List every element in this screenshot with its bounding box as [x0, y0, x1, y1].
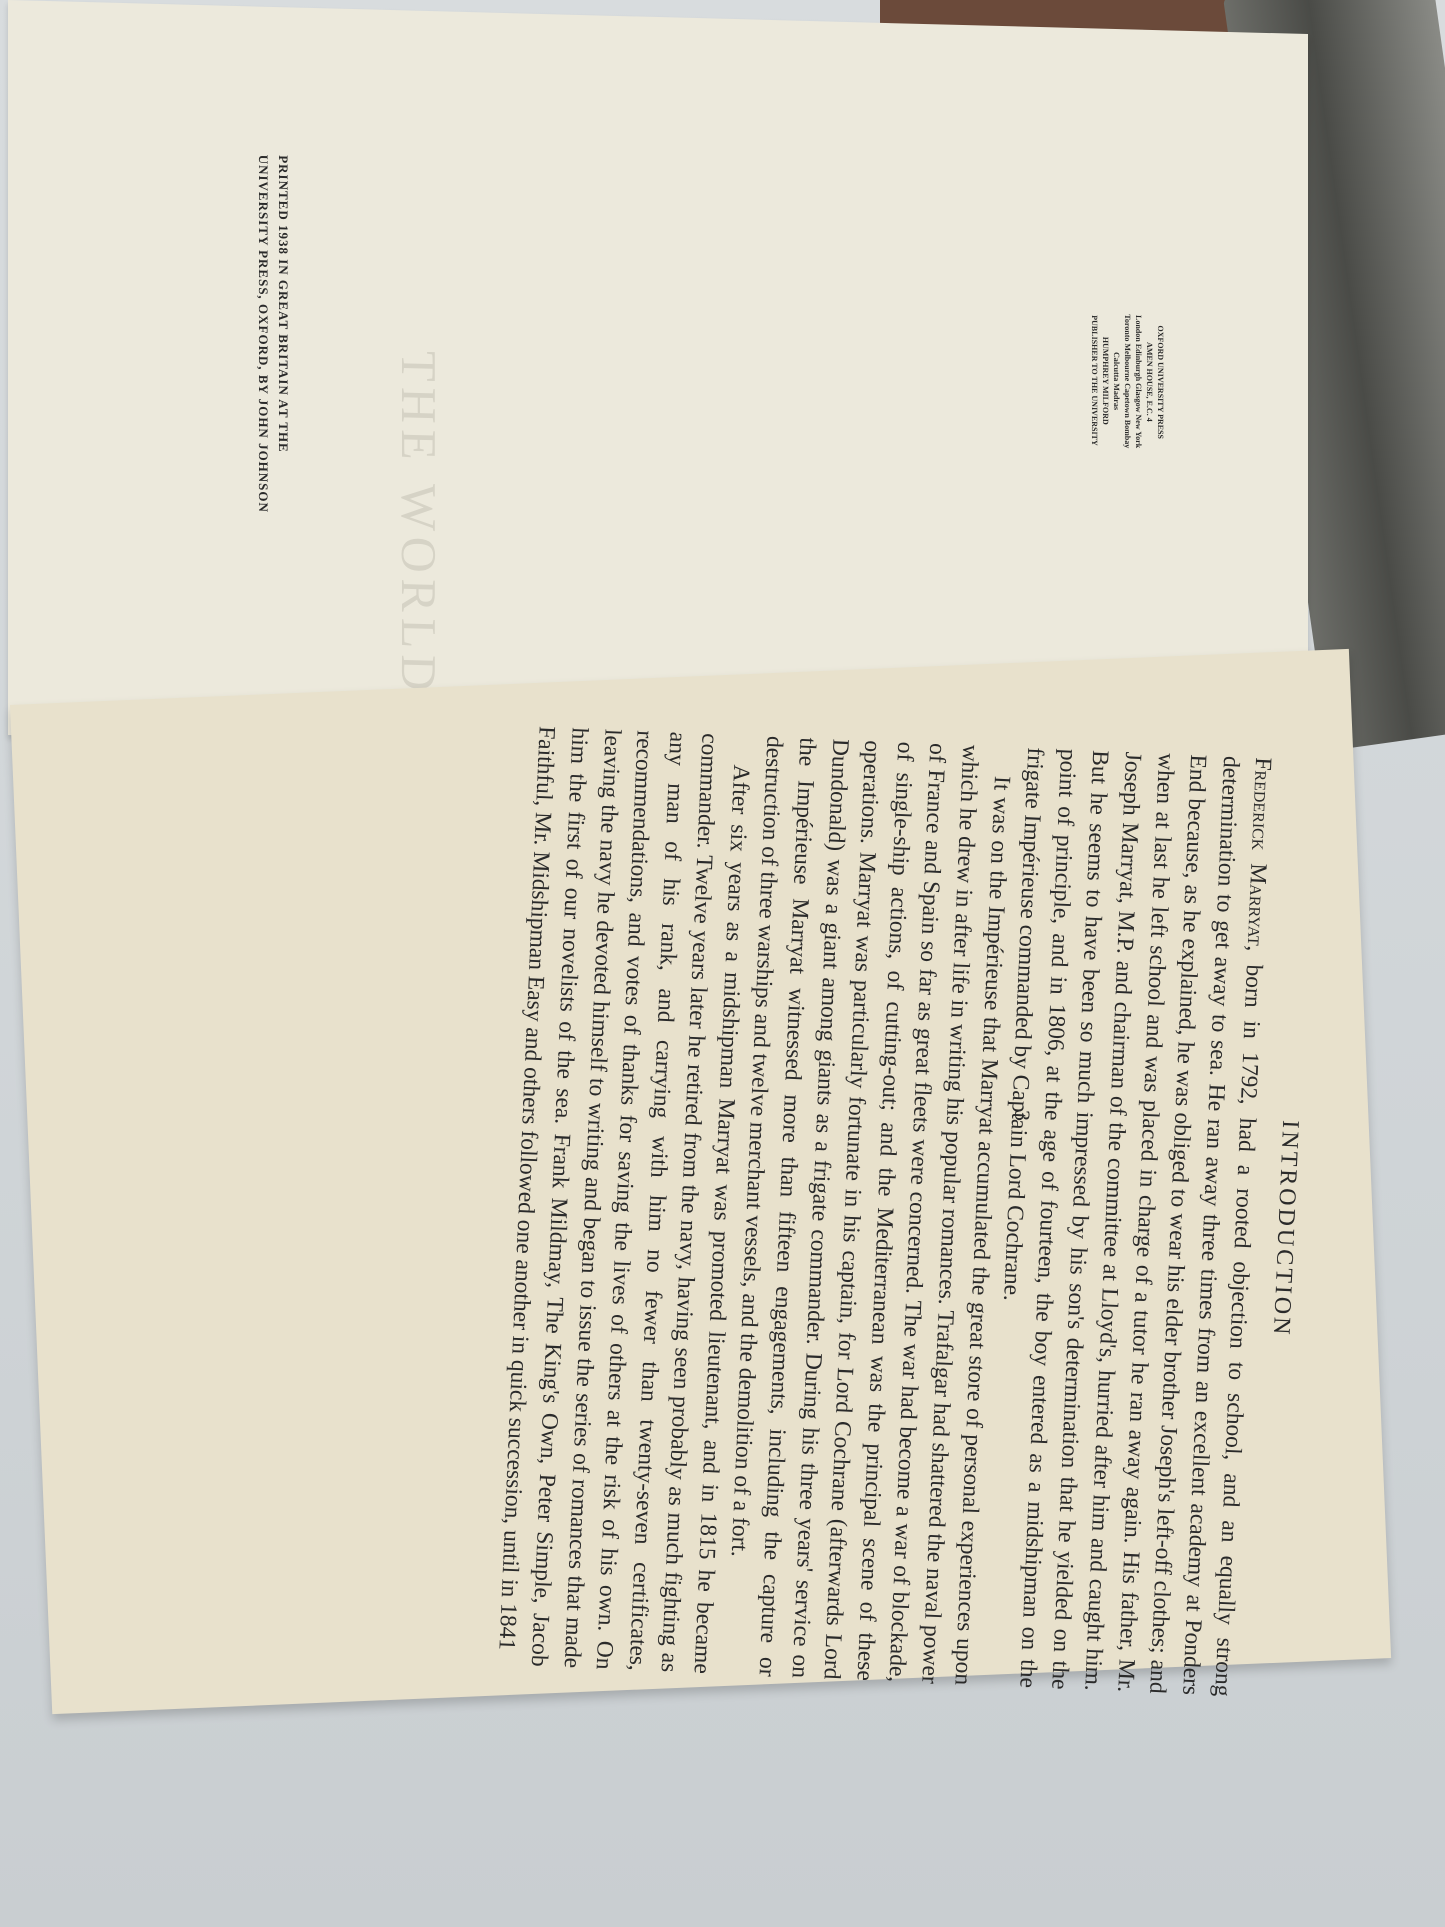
publisher-line: London Edinburgh Glasgow New York [1133, 314, 1144, 448]
publisher-line: AMEN HOUSE, E.C. 4 [1144, 315, 1155, 449]
paragraph: Frederick Marryat, born in 1792, had a r… [978, 747, 1280, 1697]
publisher-line: OXFORD UNIVERSITY PRESS [1155, 315, 1166, 449]
imprint-line: UNIVERSITY PRESS, OXFORD, BY JOHN JOHNSO… [253, 154, 273, 513]
lead-name: Frederick Marryat [1242, 757, 1276, 946]
publisher-line: HUMPHREY MILFORD [1100, 314, 1111, 448]
imprint-line: PRINTED 1938 IN GREAT BRITAIN AT THE [273, 155, 293, 514]
page-number: 3 [1009, 1110, 1035, 1121]
paragraph-text: , born in 1792, had a rooted objection t… [998, 747, 1268, 1697]
paragraph: It was on the Impérieuse that Marryat ac… [717, 735, 1019, 1685]
printer-imprint: PRINTED 1938 IN GREAT BRITAIN AT THE UNI… [253, 154, 293, 513]
publisher-line: PUBLISHER TO THE UNIVERSITY [1089, 313, 1100, 447]
introduction-text: INTRODUCTION Frederick Marryat, born in … [490, 725, 1322, 1699]
left-page: THE WORLD'S CLASSICS PRINTED 1938 IN GRE… [8, 0, 1308, 769]
publisher-block: OXFORD UNIVERSITY PRESS AMEN HOUSE, E.C.… [1089, 313, 1166, 449]
paragraph: After six years as a midshipman Marryat … [490, 725, 759, 1674]
paragraph-text: After six years as a midshipman Marryat … [494, 726, 754, 1675]
publisher-line: Toronto Melbourne Capetown Bombay [1122, 314, 1133, 448]
publisher-line: Calcutta Madras [1111, 314, 1122, 448]
paragraph-text: It was on the Impérieuse that Marryat ac… [726, 736, 1014, 1686]
